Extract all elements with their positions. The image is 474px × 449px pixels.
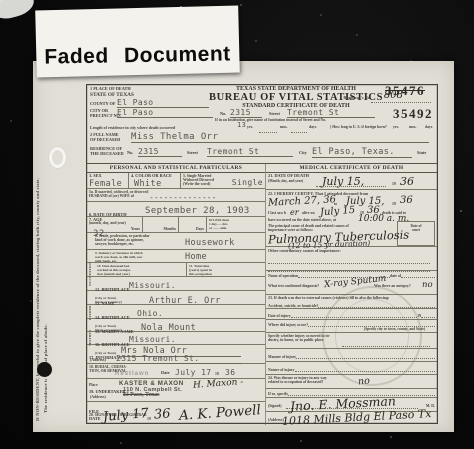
days-label: days [309, 125, 316, 129]
faded-document-card: Faded Document [35, 6, 240, 78]
hole-punch-ring [49, 147, 66, 168]
autopsy-label: Was there an autopsy? [374, 284, 411, 288]
date-of-injury-row: Date of injury 19 [266, 309, 437, 320]
residence-label-2: THE DECEASED [90, 152, 124, 157]
years-label: Years [131, 227, 140, 231]
manner-of-injury-label: Manner of injury [268, 355, 296, 359]
if-less-label-3: or .........min. [209, 226, 263, 230]
external-causes-label: 23. If death was due to external causes … [268, 296, 435, 300]
res-street-value: Tremont St [207, 147, 293, 157]
accident-label: Accident, suicide, or homicide? [268, 304, 318, 308]
father-birthplace-value: Ohio. [137, 309, 163, 318]
foreign-born-label: ) How long in U. S. if foreign born? [330, 125, 387, 129]
undertaker-city-value: El Paso, Texas [123, 392, 160, 398]
informant-address-label: (Address) [90, 358, 106, 362]
industry-value: Home [185, 252, 207, 262]
certify-block: 22. I HEREBY CERTIFY, That I attended de… [266, 190, 437, 247]
undertaker-address-label: (Address) [90, 395, 106, 399]
registrar-no-label: Registrar's No. [343, 96, 371, 101]
dod-19: 19 [392, 182, 396, 186]
fullname-label-2: OF DECEASED [90, 138, 120, 143]
maiden-name-row: 15. MAIDEN NAME Nola Mount [87, 319, 265, 332]
mother-birthplace-value: Missouri. [129, 335, 176, 344]
registrar-no-line [371, 97, 431, 103]
burial-19: 19 [215, 372, 219, 376]
total-time-label-3: this occupation [189, 272, 263, 276]
last-worked-label-3: tion (month and year) [97, 272, 184, 276]
days-label-2: days [425, 125, 432, 129]
operation-test-row: Name of operation date of What test conf… [266, 271, 437, 295]
where-injury-sublabel: (Specify city or town, county, and State… [268, 327, 425, 331]
street-value: Tremont St [287, 108, 375, 118]
certificate-paper: If NON-RESIDENT, be careful to give the … [33, 61, 454, 432]
date-of-injury-label: Date of injury [268, 314, 291, 318]
res-street-label: Street [187, 151, 198, 156]
house-no-value: 2315 [230, 108, 262, 118]
occupation-related-label-2: related to occupation of deceased? [268, 380, 435, 384]
date-of-death-year: 36 [400, 175, 414, 188]
where-injury-label: Where did injury occur? [268, 323, 308, 327]
father-name-row: 13. NAME Arthur E. Orr [87, 291, 265, 305]
race-value: White [134, 179, 178, 189]
birthplace-value: Missouri. [129, 281, 176, 290]
age-label: 7. AGE [89, 218, 140, 223]
age-row: 7. AGE 32 Years Months Days IF [87, 217, 265, 233]
external-causes-row: 23. If death was due to external causes … [266, 295, 437, 309]
trade-label-3: sawyer, bookkeeper, etc. [95, 242, 263, 246]
yrs-label: yrs. [247, 125, 253, 129]
industry-row: 9. Industry or business in which work wa… [87, 250, 265, 263]
date-of-death-row: 21. DATE OF DEATH (Month, day, and year)… [266, 173, 437, 190]
res-city-label: City [299, 151, 307, 156]
file-date-handwritten: July 17 [102, 406, 149, 425]
dob-value: September 28, 1903 [145, 206, 250, 216]
residence-length-value: 13 [237, 121, 246, 129]
trade-value: Housework [185, 238, 235, 248]
yrs-label-2: yrs. [393, 125, 399, 129]
date-label: DATE [89, 417, 101, 422]
contributory-label: Other contributory causes of importance: [268, 248, 435, 253]
test-label: What test confirmed diagnosis? [268, 284, 319, 288]
medical-column: MEDICAL CERTIFICATE OF DEATH 21. DATE OF… [265, 164, 437, 425]
institution-note: If in an Institution, give name of Insti… [215, 118, 326, 122]
undertaker-label: 19. UNDERTAKER [89, 389, 126, 394]
form-header-block: 1 PLACE OF DEATH STATE OF TEXAS TEXAS ST… [87, 85, 437, 164]
res-no-label: No. [127, 151, 133, 156]
burial-place-value: Restlawn [115, 371, 149, 377]
manner-of-injury-row: Manner of injury [266, 349, 437, 362]
leader-line [421, 312, 435, 318]
last-saw-date: July 15 [320, 205, 356, 218]
faded-document-label: Faded Document [44, 42, 231, 69]
res-no-value: 2315 [138, 147, 182, 157]
certificate-number-stamp: 35492 [393, 106, 433, 122]
leader-line [316, 181, 386, 187]
city-value: El Paso [117, 108, 213, 118]
personal-section-title: PERSONAL AND STATISTICAL PARTICULARS [87, 164, 265, 173]
physician-address-row: (Address) 1018 Mills Bldg El Paso Tx [266, 412, 437, 427]
contributory-row: Other contributory causes of importance: [266, 247, 437, 271]
nature-of-injury-label: Nature of injury [268, 368, 295, 372]
blank-line [268, 258, 430, 264]
attended-to-year: 36 [400, 195, 413, 206]
county-label: COUNTY OF [90, 102, 116, 107]
mos-label: mos. [280, 125, 288, 129]
days-cell-label: Days [196, 227, 204, 231]
signed-label: (Signed) [268, 404, 282, 408]
personal-column: PERSONAL AND STATISTICAL PARTICULARS 3. … [87, 164, 265, 425]
occupation-related-value: no [358, 376, 371, 388]
burial-date-label: Date [161, 371, 170, 376]
sex-race-marital-row: 3. SEX Female 4. COLOR OR RACE White 5. … [87, 173, 265, 189]
specify-injury-row: Specify whether injury occurred in in- d… [266, 333, 437, 349]
burial-year-value: 36 [225, 368, 235, 377]
birthplace-row: 12. BIRTHPLACE (City or Town) (State or … [87, 277, 265, 291]
occurred-label: have occurred on the date stated above, … [268, 218, 336, 222]
date-of-birth-row: 6. DATE OF BIRTH (month, day, and year) … [87, 202, 265, 217]
undertaker-row: 19. UNDERTAKER KASTER & MAXON 110 N. Cam… [87, 379, 265, 402]
undertaker-name-stamp: KASTER & MAXON [119, 380, 184, 387]
burial-date-value: July 17 [175, 368, 212, 377]
leader-line [318, 302, 435, 308]
leader-line [296, 353, 435, 359]
fullname-value: Miss Thelma Orr [131, 132, 429, 143]
undertaker-signature: H. Maxon - [193, 377, 244, 390]
res-state-label: State [417, 151, 426, 156]
registrar-signature: A. K. Powell [179, 402, 262, 424]
blank-line [342, 341, 430, 347]
months-label: Months [164, 227, 176, 231]
last-saw-label-1: I last saw h [268, 211, 286, 215]
res-city-value: El Paso, Texas. [312, 147, 412, 158]
residence-length-label: Length of residence in city where death … [90, 125, 175, 130]
street-label: Street [269, 112, 280, 117]
mother-birthplace-row: 16. BIRTHPLACE (City or Town) Missouri. [87, 332, 265, 345]
mos-label-2: mos. [409, 125, 417, 129]
operation-label: Name of operation [268, 274, 298, 278]
informant-address-value: 2315 Tremont St. [116, 354, 242, 364]
father-birthplace-row: 14. BIRTHPLACE (City or Town) (State or … [87, 305, 265, 319]
leader-line [295, 366, 435, 372]
last-saw-label-2: alive on [302, 211, 315, 215]
house-no-label: No. [220, 112, 226, 117]
file-label: FILE [89, 410, 99, 415]
nature-of-injury-row: Nature of injury [266, 362, 437, 375]
scan-artifact [0, 0, 37, 22]
marital-value: Single [232, 178, 263, 187]
sex-value: Female [89, 179, 126, 189]
autopsy-value: no [422, 280, 433, 290]
if-so-specify-label: If so, specify [268, 392, 288, 396]
county-value: El Paso [117, 98, 209, 108]
where-injury-row: Where did injury occur? (Specify city or… [266, 320, 437, 333]
hole-punch-dot [37, 362, 52, 377]
leader-line [291, 312, 417, 318]
medical-section-title: MEDICAL CERTIFICATE OF DEATH [266, 164, 437, 173]
leader-line [401, 272, 435, 278]
last-worked-row: 10. Date deceased last worked at this oc… [87, 263, 265, 277]
date-of-label: date of [390, 274, 401, 278]
file-19: 19 [147, 417, 151, 421]
occupation-related-row: 24. Was disease or injury in any way rel… [266, 375, 437, 389]
scanned-document: If NON-RESIDENT, be careful to give the … [0, 0, 474, 449]
file-year-handwritten: 36 [153, 406, 171, 422]
informant-row: 17. INFORMANT Mrs Nola Orr (Address) 231… [87, 345, 265, 364]
certificate-form: 1 PLACE OF DEATH STATE OF TEXAS TEXAS ST… [86, 84, 438, 424]
cert-19: 19 [392, 202, 396, 206]
registrar-signature-row: 20. SIGNATURE OF REGISTRAR FILE DATE Jul… [87, 402, 265, 427]
her-handwritten: er [290, 208, 299, 217]
trade-row: 8. Trade, profession, or particular kind… [87, 233, 265, 250]
husband-value: -------------- [149, 193, 216, 202]
husband-wife-row: 5a. If married, widowed, or divorced HUS… [87, 189, 265, 202]
